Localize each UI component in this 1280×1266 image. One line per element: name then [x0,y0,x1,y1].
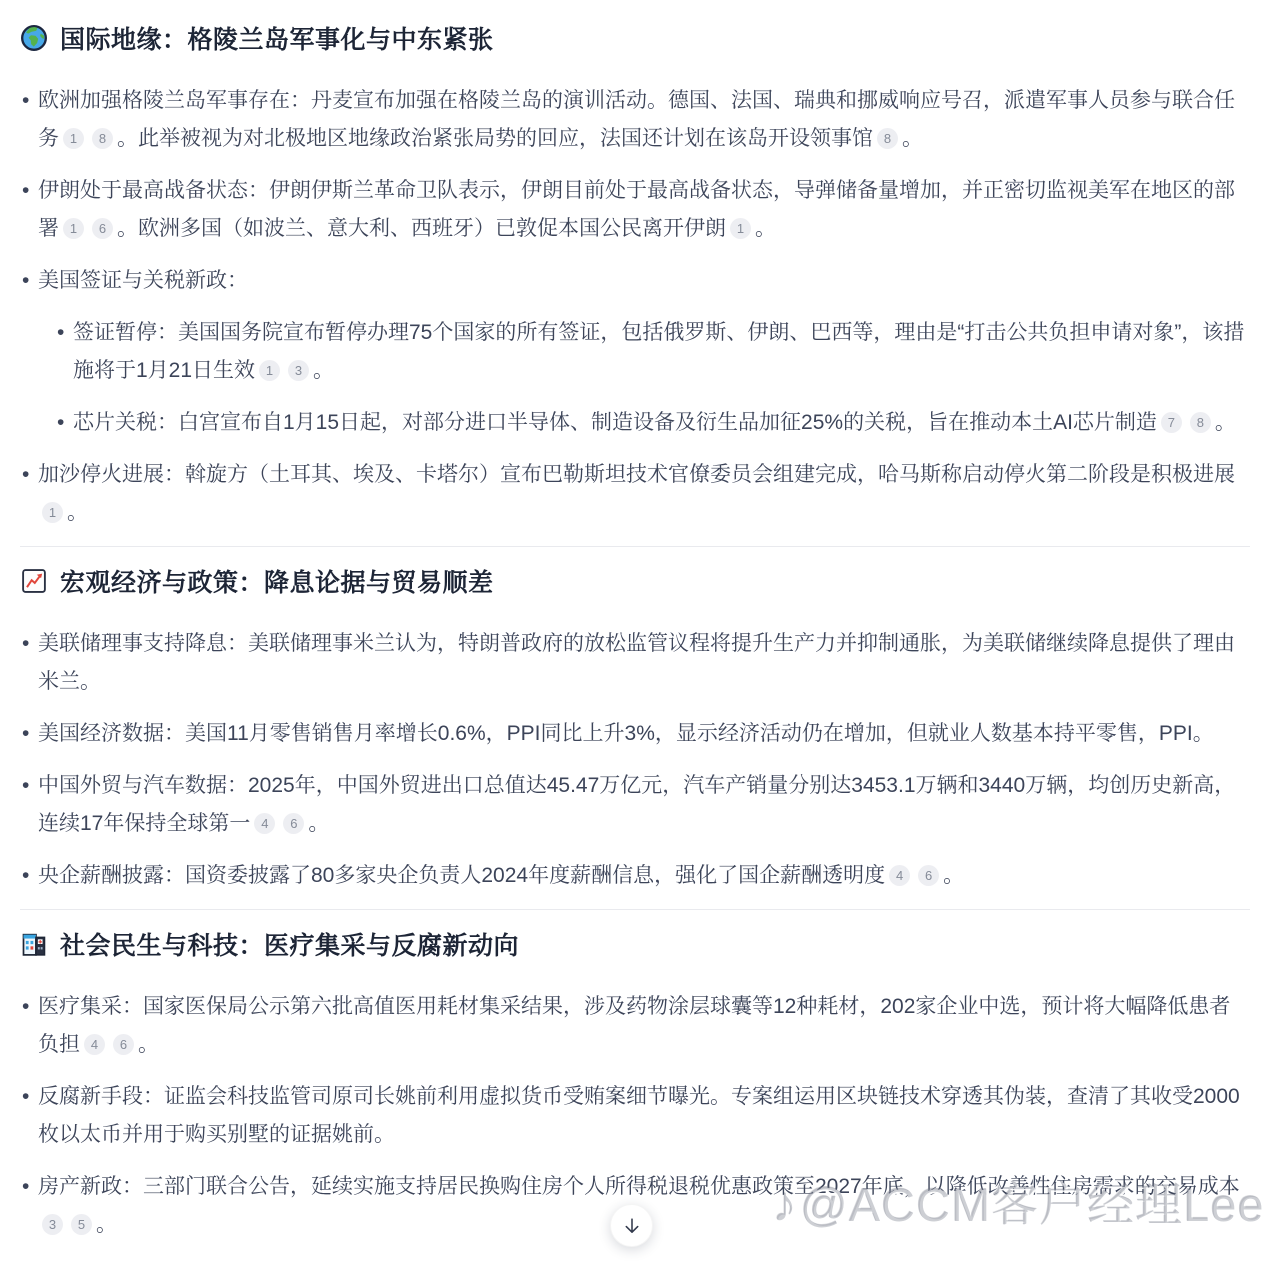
bullet-item: 中国外贸与汽车数据：2025年，中国外贸进出口总值达45.47万亿元，汽车产销量… [20,767,1250,843]
bullet-item: 欧洲加强格陵兰岛军事存在：丹麦宣布加强在格陵兰岛的演训活动。德国、法国、瑞典和挪… [20,82,1250,158]
citation-badge[interactable]: 6 [918,865,939,886]
bullet-list: 欧洲加强格陵兰岛军事存在：丹麦宣布加强在格陵兰岛的演训活动。德国、法国、瑞典和挪… [20,82,1250,532]
bullet-item: 加沙停火进展：斡旋方（土耳其、埃及、卡塔尔）宣布巴勒斯坦技术官僚委员会组建完成，… [20,456,1250,532]
citation-badge[interactable]: 1 [42,502,63,523]
bullet-text: 医疗集采：国家医保局公示第六批高值医用耗材集采结果，涉及药物涂层球囊等12种耗材… [38,988,1250,1064]
bullet-text: 签证暂停：美国国务院宣布暂停办理75个国家的所有签证，包括俄罗斯、伊朗、巴西等，… [73,314,1250,390]
citation-badge[interactable]: 4 [84,1034,105,1055]
citation-badge[interactable]: 1 [63,218,84,239]
section-society-tech: 社会民生与科技：医疗集采与反腐新动向 医疗集采：国家医保局公示第六批高值医用耗材… [20,909,1250,1244]
section-geopolitics: 国际地缘：格陵兰岛军事化与中东紧张 欧洲加强格陵兰岛军事存在：丹麦宣布加强在格陵… [20,20,1250,532]
bullet-item: 反腐新手段：证监会科技监管司原司长姚前利用虚拟货币受贿案细节曝光。专案组运用区块… [20,1078,1250,1154]
citation-badge[interactable]: 6 [283,813,304,834]
bullet-text: 反腐新手段：证监会科技监管司原司长姚前利用虚拟货币受贿案细节曝光。专案组运用区块… [38,1078,1250,1154]
bullet-item: 美国签证与关税新政： [20,262,1250,300]
citation-badge[interactable]: 8 [92,128,113,149]
section-macro-economy: 宏观经济与政策：降息论据与贸易顺差 美联储理事支持降息：美联储理事米兰认为，特朗… [20,546,1250,895]
citation-badge[interactable]: 4 [889,865,910,886]
section-title: 宏观经济与政策：降息论据与贸易顺差 [60,563,494,599]
globe-icon [20,24,48,52]
bullet-item: 美联储理事支持降息：美联储理事米兰认为，特朗普政府的放松监管议程将提升生产力并抑… [20,625,1250,701]
citation-badge[interactable]: 1 [259,360,280,381]
citation-badge[interactable]: 7 [1161,412,1182,433]
citation-badge[interactable]: 5 [71,1214,92,1235]
bullet-list: 美联储理事支持降息：美联储理事米兰认为，特朗普政府的放松监管议程将提升生产力并抑… [20,625,1250,895]
sub-bullet-item: 签证暂停：美国国务院宣布暂停办理75个国家的所有签证，包括俄罗斯、伊朗、巴西等，… [55,314,1250,390]
bullet-item: 医疗集采：国家医保局公示第六批高值医用耗材集采结果，涉及药物涂层球囊等12种耗材… [20,988,1250,1064]
bullet-item: 伊朗处于最高战备状态：伊朗伊斯兰革命卫队表示，伊朗目前处于最高战备状态，导弹储备… [20,172,1250,248]
sub-bullet-item: 芯片关税：白宫宣布自1月15日起，对部分进口半导体、制造设备及衍生品加征25%的… [55,404,1250,442]
chart-increasing-icon [20,567,48,595]
bullet-text: 美国经济数据：美国11月零售销售月率增长0.6%，PPI同比上升3%，显示经济活… [38,715,1250,753]
citation-badge[interactable]: 8 [1190,412,1211,433]
hospital-icon [20,930,48,958]
citation-badge[interactable]: 4 [254,813,275,834]
section-header: 社会民生与科技：医疗集采与反腐新动向 [20,926,1250,962]
bullet-text: 加沙停火进展：斡旋方（土耳其、埃及、卡塔尔）宣布巴勒斯坦技术官僚委员会组建完成，… [38,456,1250,532]
citation-badge[interactable]: 1 [730,218,751,239]
citation-badge[interactable]: 3 [288,360,309,381]
bullet-text: 中国外贸与汽车数据：2025年，中国外贸进出口总值达45.47万亿元，汽车产销量… [38,767,1250,843]
citation-badge[interactable]: 1 [63,128,84,149]
bullet-text: 美联储理事支持降息：美联储理事米兰认为，特朗普政府的放松监管议程将提升生产力并抑… [38,625,1250,701]
section-header: 国际地缘：格陵兰岛军事化与中东紧张 [20,20,1250,56]
arrow-down-icon [621,1215,643,1237]
bullet-text: 美国签证与关税新政： [38,262,1250,300]
document-body: 国际地缘：格陵兰岛军事化与中东紧张 欧洲加强格陵兰岛军事存在：丹麦宣布加强在格陵… [0,0,1280,1244]
bullet-item: 美国经济数据：美国11月零售销售月率增长0.6%，PPI同比上升3%，显示经济活… [20,715,1250,753]
scroll-to-bottom-button[interactable] [610,1204,653,1247]
citation-badge[interactable]: 6 [92,218,113,239]
bullet-item: 央企薪酬披露：国资委披露了80多家央企负责人2024年度薪酬信息，强化了国企薪酬… [20,857,1250,895]
section-title: 社会民生与科技：医疗集采与反腐新动向 [60,926,519,962]
section-header: 宏观经济与政策：降息论据与贸易顺差 [20,563,1250,599]
news-summary-page: 国际地缘：格陵兰岛军事化与中东紧张 欧洲加强格陵兰岛军事存在：丹麦宣布加强在格陵… [0,0,1280,1266]
citation-badge[interactable]: 3 [42,1214,63,1235]
section-title: 国际地缘：格陵兰岛军事化与中东紧张 [60,20,494,56]
bullet-text: 欧洲加强格陵兰岛军事存在：丹麦宣布加强在格陵兰岛的演训活动。德国、法国、瑞典和挪… [38,82,1250,158]
bullet-text: 伊朗处于最高战备状态：伊朗伊斯兰革命卫队表示，伊朗目前处于最高战备状态，导弹储备… [38,172,1250,248]
bullet-text: 芯片关税：白宫宣布自1月15日起，对部分进口半导体、制造设备及衍生品加征25%的… [73,404,1250,442]
citation-badge[interactable]: 6 [113,1034,134,1055]
citation-badge[interactable]: 8 [877,128,898,149]
bullet-text: 央企薪酬披露：国资委披露了80多家央企负责人2024年度薪酬信息，强化了国企薪酬… [38,857,1250,895]
